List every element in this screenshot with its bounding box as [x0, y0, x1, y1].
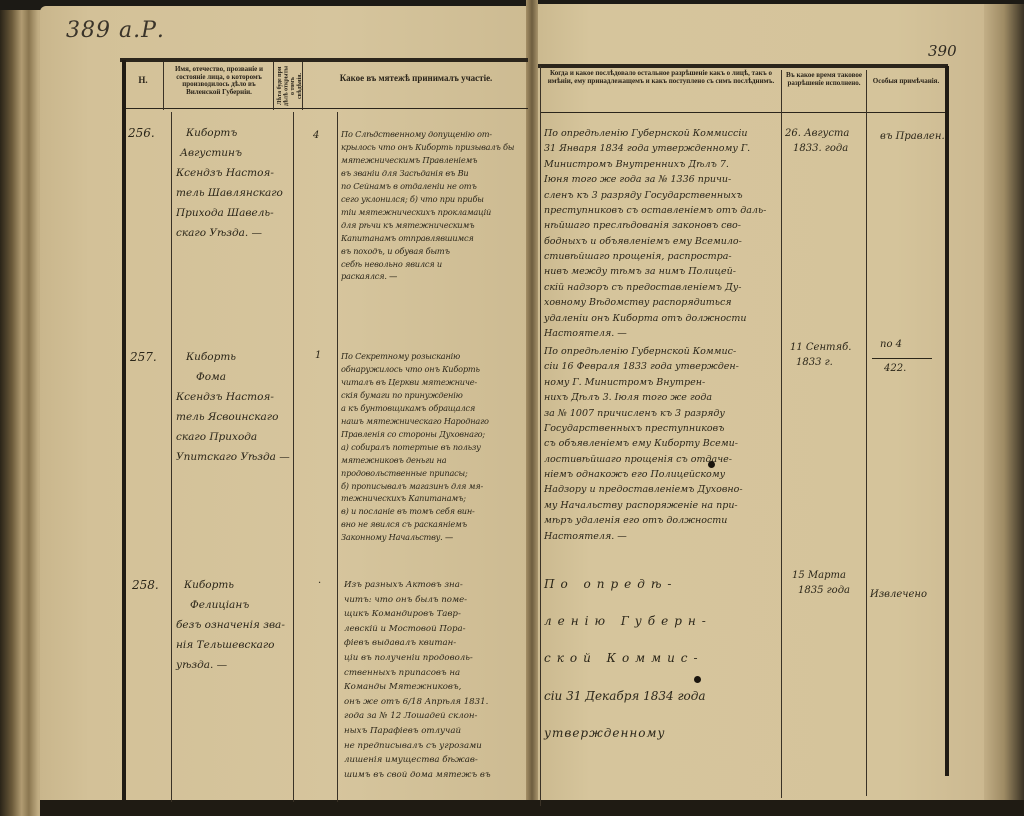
executed-date: 26. Августа 1833. года: [785, 126, 865, 156]
text-line: лостивѣйшаго прощенія съ отдаче-: [544, 452, 780, 467]
remarks-text: Извлечено: [870, 588, 927, 602]
participation-text: По Слѣдственному допущенію от- крылось ч…: [341, 128, 531, 283]
text-line: ской Коммис-: [544, 640, 780, 677]
text-line: мѣръ удаленія его отъ должности: [544, 513, 780, 528]
text-line: Изъ разныхъ Актовъ зна-: [344, 578, 530, 593]
text-line: сленъ къ 3 разряду Государственныхъ: [544, 188, 780, 203]
text-line: тіи мятежническихъ прокламацій: [341, 206, 531, 219]
text-line: мятежниковъ деньги на: [341, 454, 531, 467]
text-line: для рѣчи къ мятежническимъ: [341, 219, 531, 232]
text-line: му Начальству распоряженіе на при-: [544, 498, 780, 513]
text-line: тежническихъ Капитанамъ;: [341, 492, 531, 505]
text-line: по Сейнамъ в отдаленіи не отъ: [341, 180, 531, 193]
table-right-border: [945, 66, 949, 776]
text-line: ленію Губерн-: [544, 603, 780, 640]
text-line: скій надзоръ съ предоставленіемъ Ду-: [544, 280, 780, 295]
paper-hole: [708, 461, 715, 468]
date-line: 1833 г.: [790, 355, 866, 370]
name-line: Фома: [176, 368, 294, 388]
text-line: в) и посланіе въ томъ себя вин-: [341, 505, 531, 518]
age-value: ·: [318, 578, 321, 590]
date-line: 26. Августа: [785, 126, 865, 141]
resolution-text: По опредѣленію Губернской Коммис- сіи 16…: [544, 344, 780, 544]
col-divider-1: [171, 112, 172, 802]
name-line: Прихода Шавель-: [176, 204, 294, 224]
text-line: 31 Января 1834 года утвержденному Г.: [544, 141, 780, 156]
table-top-rule-left: [120, 58, 528, 62]
text-line: б) прописывалъ магазинъ для мя-: [341, 480, 531, 493]
header-no: Н.: [124, 76, 162, 86]
participation-text: По Секретному розысканію обнаружилось чт…: [341, 350, 531, 544]
text-line: вно не явился съ раскаяніемъ: [341, 518, 531, 531]
text-line: По опредѣленію Губернской Коммиссіи: [544, 126, 780, 141]
text-line: Министромъ Внутреннихъ Дѣлъ 7.: [544, 157, 780, 172]
text-line: ціи въ полученіи продоволь-: [344, 651, 530, 666]
col-divider-3: [337, 112, 338, 802]
header-age: Лѣта буде при дѣлѣ открыты о томъ свѣдѣн…: [277, 64, 299, 108]
text-line: онъ же отъ 6/18 Апрѣля 1831.: [344, 695, 530, 710]
text-line: крылось что онъ Киборть призывалъ бы: [341, 141, 531, 154]
text-line: шимъ въ свой дома мятежъ въ: [344, 768, 530, 783]
text-line: мятежническимъ Правленіемъ: [341, 154, 531, 167]
text-line: а къ бунтовщикамъ обращался: [341, 402, 531, 415]
col-divider-5: [781, 70, 782, 798]
folio-number-left: 389 а.Р.: [66, 18, 165, 43]
text-line: раскаялся. —: [341, 270, 531, 283]
text-line: ховному Вѣдомству распорядиться: [544, 295, 780, 310]
header-bottom-rule-right: [540, 112, 948, 113]
text-line: года за № 12 Лошадей склон-: [344, 709, 530, 724]
text-line: Настоятеля. —: [544, 529, 780, 544]
text-line: левскій и Мостовой Пора-: [344, 622, 530, 637]
text-line: въ походъ, и обувая бытъ: [341, 245, 531, 258]
text-line: утвержденному: [544, 715, 780, 752]
name-line: тель Ясвоинскаго: [176, 408, 294, 428]
person-name: Киборть Фелиціанъ безъ означенія зва- ні…: [176, 576, 294, 676]
text-line: читъ: что онъ былъ поме-: [344, 593, 530, 608]
date-line: 11 Сентяб.: [790, 340, 866, 355]
text-line: Государственныхъ преступниковъ: [544, 421, 780, 436]
text-line: Правленія со стороны Духовнаго;: [341, 428, 531, 441]
name-line: Упитскаго Уѣзда —: [176, 448, 294, 468]
date-line: 1835 года: [786, 583, 866, 598]
header-name: Имя, отечество, прозваніе и состояніе ли…: [166, 66, 272, 97]
header-participation: Какое въ мятежѣ принималъ участіе.: [305, 74, 527, 84]
date-line: 1833. года: [785, 141, 865, 156]
date-line: 15 Марта: [786, 568, 866, 583]
folio-number-right: 390: [928, 42, 957, 60]
table-left-border: [122, 60, 126, 800]
text-line: съ объявленіемъ ему Киборту Всеми-: [544, 436, 780, 451]
executed-date: 11 Сентяб. 1833 г.: [790, 340, 866, 370]
text-line: ныхъ Парафіевъ отлучай: [344, 724, 530, 739]
name-line: Ксендзъ Настоя-: [176, 388, 294, 408]
text-line: По опредѣленію Губернской Коммис-: [544, 344, 780, 359]
text-line: Надзору и предоставленіемъ Духовно-: [544, 482, 780, 497]
header-remarks: Особыя примѣчанія.: [868, 78, 944, 86]
name-line: уѣзда. —: [176, 656, 294, 676]
fraction-line: [872, 358, 932, 359]
remarks-text: въ Правлен.: [880, 130, 950, 144]
col-divider-4: [540, 66, 541, 806]
text-line: не предписывалъ съ угрозами: [344, 739, 530, 754]
resolution-text: По опредѣленію Губернской Коммиссіи 31 Я…: [544, 126, 780, 341]
text-line: нивъ между тѣмъ за нимъ Полицей-: [544, 264, 780, 279]
resolution-text: По опредѣ- ленію Губерн- ской Коммис- сі…: [544, 566, 780, 752]
name-line: скаго Уѣзда. —: [176, 224, 294, 244]
col-divider-6: [866, 70, 867, 796]
text-line: Настоятеля. —: [544, 326, 780, 341]
text-line: преступниковъ съ оставленіемъ отъ даль-: [544, 203, 780, 218]
bottom-shadow: [40, 800, 1024, 816]
text-line: нихъ Дѣлъ 3. Іюля того же года: [544, 390, 780, 405]
text-line: нѣйшаго преслѣдованія законовъ сво-: [544, 218, 780, 233]
col-divider-hdr-2: [273, 62, 274, 110]
name-line: Ксендзъ Настоя-: [176, 164, 294, 184]
text-line: фіевъ выдавалъ квитан-: [344, 636, 530, 651]
executed-date: 15 Марта 1835 года: [786, 568, 866, 598]
age-value: 4: [313, 130, 319, 142]
person-name: Кибортъ Августинъ Ксендзъ Настоя- тель Ш…: [176, 124, 294, 244]
name-line: Киборть: [176, 576, 294, 596]
name-line: Фелиціанъ: [176, 596, 294, 616]
text-line: нашъ мятежническаго Народнаго: [341, 415, 531, 428]
page-stack-edge-right: [984, 4, 1024, 816]
text-line: продовольственные припасы;: [341, 467, 531, 480]
text-line: бодныхъ и объявленіемъ ему Всемило-: [544, 234, 780, 249]
header-bottom-rule-left: [122, 108, 528, 109]
text-line: обнаружилось что онъ Киборть: [341, 363, 531, 376]
remarks-denominator: 422.: [884, 362, 906, 376]
remarks-numerator: по 4: [880, 338, 902, 352]
text-line: Капитанамъ отправлявшимся: [341, 232, 531, 245]
text-line: По Слѣдственному допущенію от-: [341, 128, 531, 141]
text-line: стивѣйшаго прощенія, распростра-: [544, 249, 780, 264]
text-line: По Секретному розысканію: [341, 350, 531, 363]
text-line: По опредѣ-: [544, 566, 780, 603]
text-line: въ званіи для Засѣданія въ Ви: [341, 167, 531, 180]
name-line: Августинъ: [176, 144, 294, 164]
text-line: за № 1007 причисленъ къ 3 разряду: [544, 406, 780, 421]
person-name: Киборть Фома Ксендзъ Настоя- тель Ясвоин…: [176, 348, 294, 468]
name-line: тель Шавлянскаго: [176, 184, 294, 204]
text-line: Законному Начальству. —: [341, 531, 531, 544]
name-line: нія Тельшевскаго: [176, 636, 294, 656]
text-line: ственныхъ припасовъ на: [344, 666, 530, 681]
text-line: сіи 16 Февраля 1833 года утвержден-: [544, 359, 780, 374]
text-line: а) собиралъ потертые въ пользу: [341, 441, 531, 454]
text-line: щикъ Командировъ Тавр-: [344, 607, 530, 622]
row-number: 258.: [132, 578, 159, 593]
text-line: сего уклонился; б) что при прибы: [341, 193, 531, 206]
text-line: ніемъ однакожъ его Полицейскому: [544, 467, 780, 482]
text-line: сіи 31 Декабря 1834 года: [544, 678, 780, 715]
col-divider-hdr-1: [163, 62, 164, 110]
text-line: Команды Мятежниковъ,: [344, 680, 530, 695]
text-line: ному Г. Министромъ Внутрен-: [544, 375, 780, 390]
name-line: безъ означенія зва-: [176, 616, 294, 636]
participation-text: Изъ разныхъ Актовъ зна- читъ: что онъ бы…: [344, 578, 530, 783]
text-line: удаленіи онъ Киборта отъ должности: [544, 311, 780, 326]
row-number: 257.: [130, 350, 157, 365]
text-line: себѣ невольно явился и: [341, 258, 531, 271]
name-line: Киборть: [176, 348, 294, 368]
text-line: лишенія имущества бѣжав-: [344, 753, 530, 768]
name-line: скаго Прихода: [176, 428, 294, 448]
table-top-rule-right: [538, 64, 948, 68]
text-line: скія бумаги по принужденію: [341, 389, 531, 402]
text-line: Іюня того же года за № 1336 причи-: [544, 172, 780, 187]
age-value: 1: [315, 350, 321, 362]
header-executed: Въ какое время таковое разрѣшеніе исполн…: [783, 72, 865, 87]
header-resolution: Когда и какое послѣдовало остальное разр…: [542, 70, 780, 85]
book-spread: 389 а.Р. 390 Н. Имя, отечество, прозвані…: [0, 0, 1024, 816]
name-line: Кибортъ: [176, 124, 294, 144]
text-line: читалъ въ Церкви мятежниче-: [341, 376, 531, 389]
paper-hole: [694, 676, 701, 683]
row-number: 256.: [128, 126, 155, 141]
